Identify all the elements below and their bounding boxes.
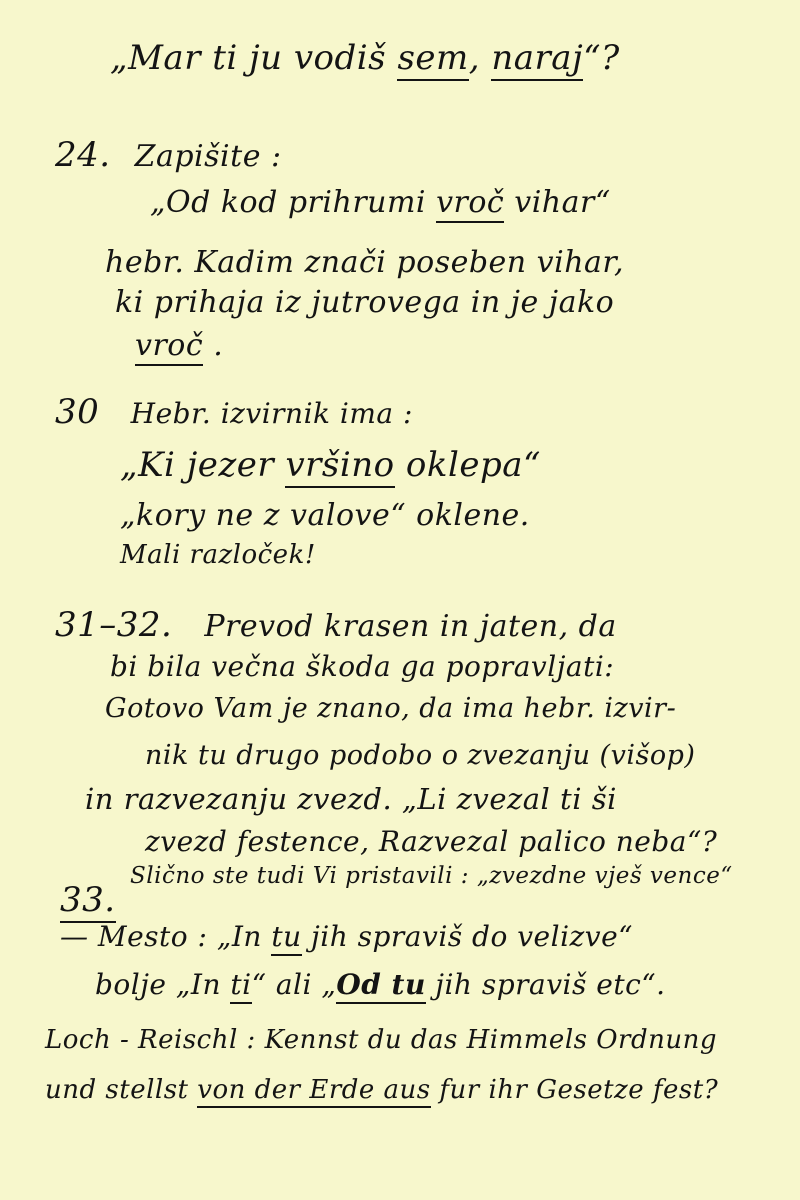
text: fur ihr Gesetze fest? bbox=[431, 1075, 719, 1105]
text-line: ki prihaja iz jutrovega in je jako bbox=[115, 285, 614, 320]
text: , bbox=[469, 38, 492, 78]
underlined-word: Od tu bbox=[336, 968, 426, 1004]
text-line: Gotovo Vam je znano, da ima hebr. izvir- bbox=[105, 693, 676, 724]
underlined-word: vršino bbox=[285, 445, 394, 488]
text-line: in razvezanju zvezd. „Li zvezal ti ši bbox=[85, 782, 617, 816]
text: und stellst bbox=[45, 1075, 197, 1105]
text: “? bbox=[583, 38, 620, 78]
text: — Mesto : „In bbox=[60, 920, 271, 953]
underlined-word: tu bbox=[271, 920, 301, 956]
text-line: Slično ste tudi Vi pristavili : „zvezdne… bbox=[130, 863, 733, 889]
german-quote-line: Loch - Reischl : Kennst du das Himmels O… bbox=[45, 1025, 717, 1055]
text-line: zvezd festence, Razvezal palico neba“? bbox=[145, 825, 717, 858]
section-heading: Prevod krasen in jaten, da bbox=[204, 609, 616, 644]
text-line: vroč . bbox=[135, 328, 223, 363]
section-number: 30 bbox=[55, 392, 99, 432]
text-line: Mali razloček! bbox=[120, 540, 316, 570]
text-line: — Mesto : „In tu jih spraviš do velizve“ bbox=[60, 920, 633, 953]
opening-quote-line: „Mar ti ju vodiš sem, naraj“? bbox=[110, 38, 620, 78]
text: oklepa“ bbox=[395, 445, 541, 485]
text: bolje „In bbox=[95, 968, 230, 1001]
text: jih spraviš do velizve“ bbox=[302, 920, 633, 953]
text: . bbox=[203, 328, 223, 363]
text: jih spraviš etc“. bbox=[426, 968, 666, 1001]
section-heading: Hebr. izvirnik ima : bbox=[131, 397, 413, 430]
text-line: hebr. Kadim znači poseben vihar, bbox=[105, 245, 624, 280]
text: „Mar ti ju vodiš bbox=[110, 38, 397, 78]
text-line: „kory ne z valove“ oklene. bbox=[120, 498, 530, 533]
section-31-32-heading: 31–32. Prevod krasen in jaten, da bbox=[55, 605, 617, 645]
text: „Ki jezer bbox=[120, 445, 285, 485]
underlined-phrase: von der Erde aus bbox=[197, 1075, 430, 1108]
underlined-word: vroč bbox=[436, 185, 504, 223]
german-quote-line: und stellst von der Erde aus fur ihr Ges… bbox=[45, 1075, 718, 1105]
underlined-word: sem bbox=[397, 38, 468, 81]
section-24-heading: 24. Zapišite : bbox=[55, 135, 282, 175]
text: vihar“ bbox=[504, 185, 610, 220]
section-30-heading: 30 Hebr. izvirnik ima : bbox=[55, 392, 413, 432]
section-33-heading: 33. bbox=[60, 880, 116, 920]
section-heading: Zapišite : bbox=[135, 139, 282, 174]
section-number: 31–32. bbox=[55, 605, 172, 645]
text-line: bi bila večna škoda ga popravljati: bbox=[110, 650, 614, 683]
text: „Od kod prihrumi bbox=[150, 185, 436, 220]
quote-line: „Ki jezer vršino oklepa“ bbox=[120, 445, 541, 485]
section-number: 24. bbox=[55, 135, 111, 175]
text: “ ali „ bbox=[252, 968, 337, 1001]
quote-line: „Od kod prihrumi vroč vihar“ bbox=[150, 185, 611, 220]
section-number: 33. bbox=[60, 880, 116, 923]
underlined-word: naraj bbox=[491, 38, 583, 81]
text-line: nik tu drugo podobo o zvezanju (višop) bbox=[145, 740, 695, 771]
text-line: bolje „In ti“ ali „Od tu jih spraviš etc… bbox=[95, 968, 665, 1001]
underlined-word: vroč bbox=[135, 328, 203, 366]
underlined-word: ti bbox=[230, 968, 251, 1004]
